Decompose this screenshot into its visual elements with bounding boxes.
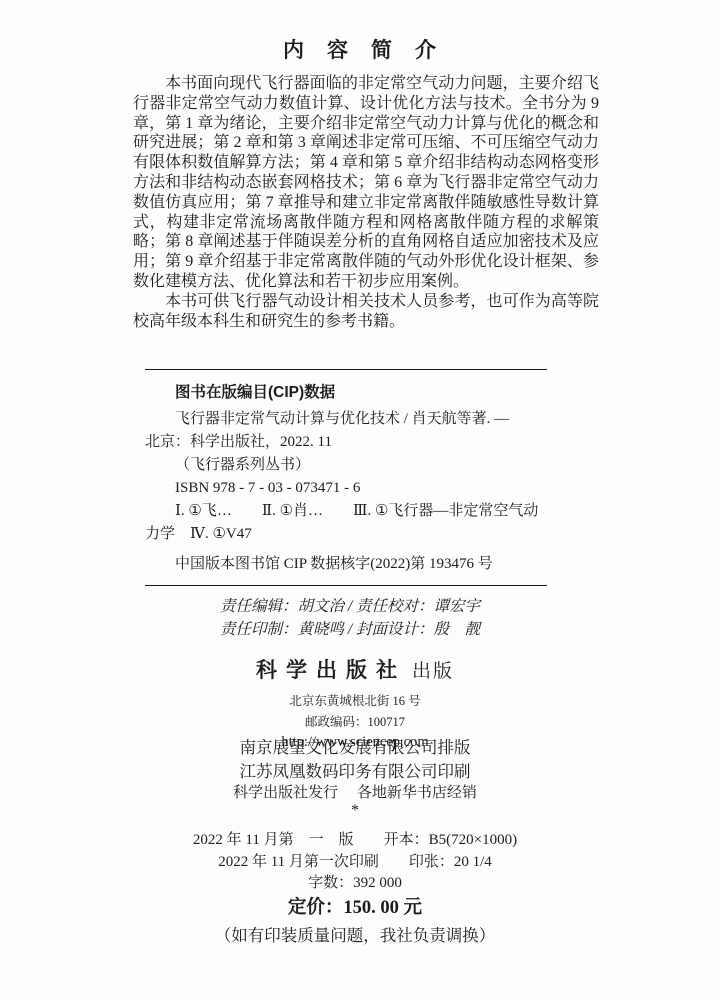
cip-title-line: 飞行器非定常气动计算与优化技术 / 肖天航等著. — bbox=[145, 408, 547, 431]
distribution-line: 科学出版社发行 各地新华书店经销 bbox=[0, 783, 710, 804]
cip-section: 图书在版编目(CIP)数据 飞行器非定常气动计算与优化技术 / 肖天航等著. —… bbox=[145, 369, 547, 586]
price-line: 定价：150. 00 元 bbox=[0, 893, 710, 919]
cip-series-line: （飞行器系列丛书） bbox=[145, 454, 547, 477]
printer-line: 江苏凤凰数码印务有限公司印刷 bbox=[0, 760, 710, 784]
print-run-line: 2022 年 11 月第一次印刷 印张：20 1/4 bbox=[0, 852, 710, 874]
section-separator-star: * bbox=[0, 802, 710, 820]
cip-heading: 图书在版编目(CIP)数据 bbox=[145, 381, 547, 404]
cip-record-number: 中国版本图书馆 CIP 数据核字(2022)第 193476 号 bbox=[145, 553, 547, 576]
copyright-page: 内 容 简 介 本书面向现代飞行器面临的非定常空气动力问题，主要介绍飞行器非定常… bbox=[0, 0, 720, 1000]
typesetter-line: 南京展望文化发展有限公司排版 bbox=[0, 736, 710, 760]
publisher-name-line: 科学出版社出版 bbox=[0, 654, 710, 684]
word-count-line: 字数：392 000 bbox=[0, 873, 710, 895]
publish-label: 出版 bbox=[412, 661, 454, 682]
publisher-address: 北京东黄城根北街 16 号 bbox=[0, 691, 710, 709]
cip-publisher-line: 北京：科学出版社，2022. 11 bbox=[145, 431, 547, 454]
edition-line: 2022 年 11 月第 一 版 开本：B5(720×1000) bbox=[0, 830, 710, 852]
cip-classification-line-2: 力学 Ⅳ. ①V47 bbox=[145, 523, 547, 546]
credits-section: 责任编辑：胡文治 / 责任校对：谭宏宇 责任印制：黄晓鸣 / 封面设计：殷 靓 bbox=[0, 596, 700, 641]
intro-paragraph-1: 本书面向现代飞行器面临的非定常空气动力问题，主要介绍飞行器非定常空气动力数值计算… bbox=[133, 74, 599, 292]
publisher-postcode: 邮政编码：100717 bbox=[0, 712, 710, 730]
quality-note: （如有印装质量问题，我社负责调换） bbox=[0, 922, 710, 946]
intro-section: 本书面向现代飞行器面临的非定常空气动力问题，主要介绍飞行器非定常空气动力数值计算… bbox=[133, 74, 599, 331]
page-title: 内 容 简 介 bbox=[0, 34, 720, 64]
edition-section: 2022 年 11 月第 一 版 开本：B5(720×1000) 2022 年 … bbox=[0, 830, 710, 895]
cip-isbn: ISBN 978 - 7 - 03 - 073471 - 6 bbox=[145, 477, 547, 500]
production-section: 南京展望文化发展有限公司排版 江苏凤凰数码印务有限公司印刷 科学出版社发行 各地… bbox=[0, 736, 710, 804]
intro-paragraph-2: 本书可供飞行器气动设计相关技术人员参考，也可作为高等院校高年级本科生和研究生的参… bbox=[133, 292, 599, 332]
credits-editors-line: 责任编辑：胡文治 / 责任校对：谭宏宇 bbox=[0, 596, 700, 619]
credits-design-line: 责任印制：黄晓鸣 / 封面设计：殷 靓 bbox=[0, 619, 700, 642]
cip-classification-line-1: Ⅰ. ①飞… Ⅱ. ①肖… Ⅲ. ①飞行器—非定常空气动 bbox=[145, 500, 547, 523]
publisher-logo-text: 科学出版社 bbox=[256, 658, 406, 682]
